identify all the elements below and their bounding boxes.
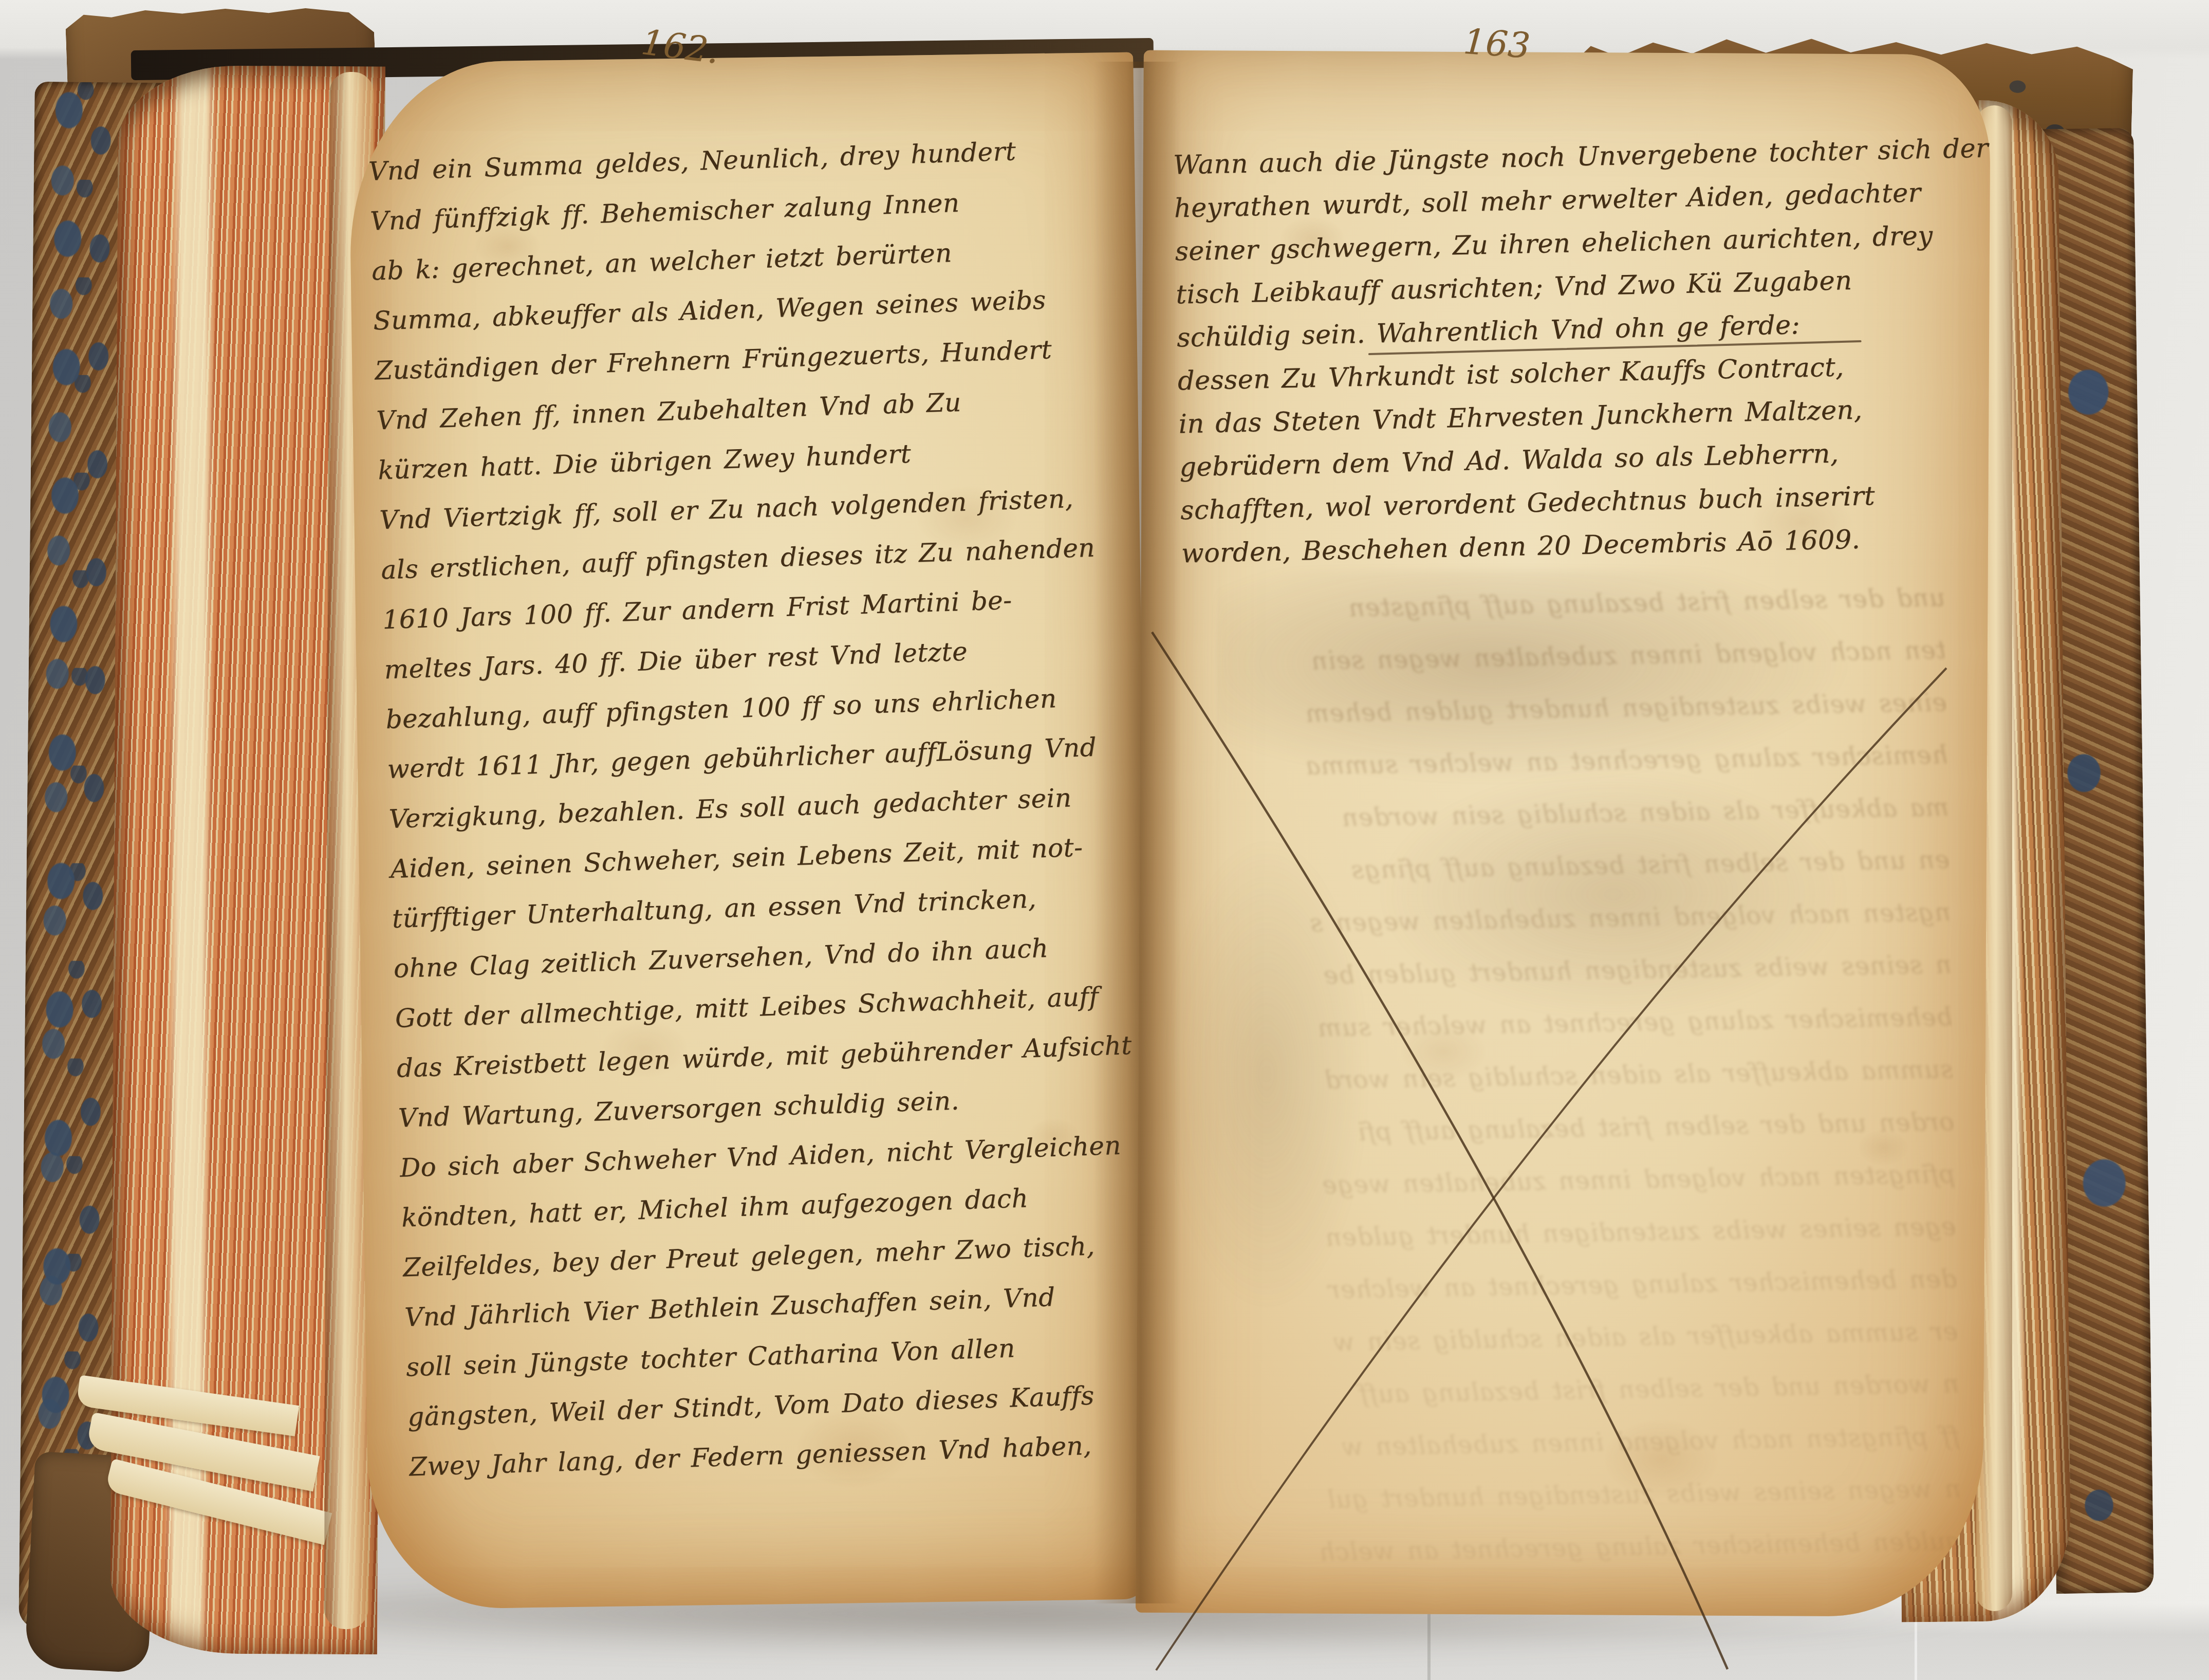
handwritten-text-block-left: Vnd ein Summa geldes, Neunlich, drey hun…	[368, 134, 1130, 1534]
bleedthrough-mirrored-text-block: und der selben frist bezalung auff pfing…	[1174, 583, 1962, 1604]
photograph-of-open-manuscript-book: { "scene": { "description": "Photograph …	[0, 0, 2209, 1680]
handwritten-text-block-right: Wann auch die Jüngste noch Unvergebene t…	[1173, 134, 1990, 623]
page-number-right: 163	[1462, 22, 1531, 67]
